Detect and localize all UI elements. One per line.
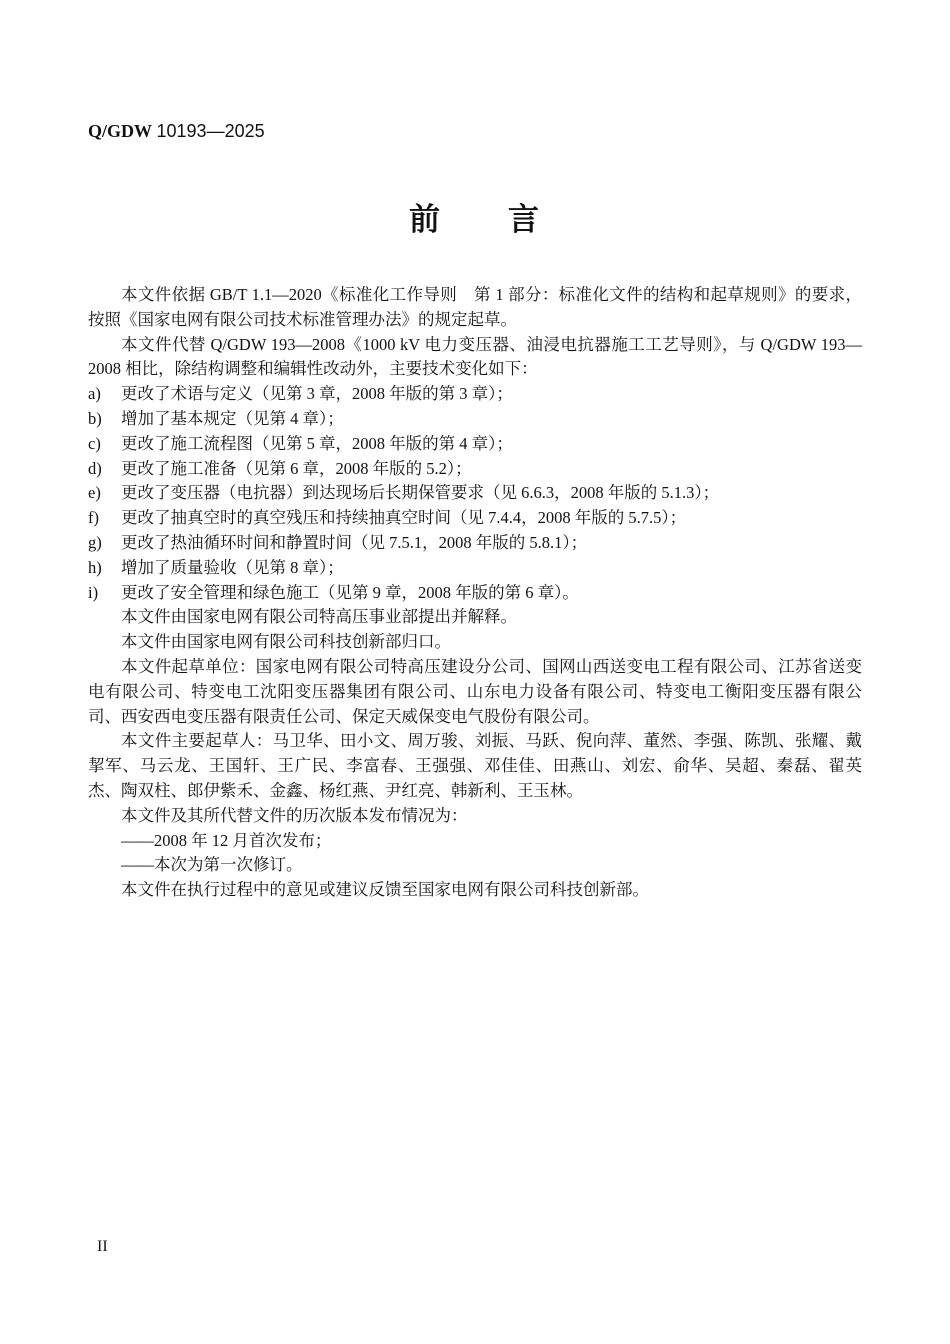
list-item-label: b) xyxy=(88,407,121,432)
list-item-label: i) xyxy=(88,581,121,606)
list-item-label: a) xyxy=(88,382,121,407)
list-item-label: e) xyxy=(88,481,121,506)
change-item: d)更改了施工准备（见第 6 章，2008 年版的 5.2）； xyxy=(88,457,862,482)
change-item: g)更改了热油循环时间和静置时间（见 7.5.1，2008 年版的 5.8.1）… xyxy=(88,531,862,556)
document-body: 本文件依据 GB/T 1.1—2020《标准化工作导则 第 1 部分：标准化文件… xyxy=(88,283,862,903)
paragraph-version-history-intro: 本文件及其所代替文件的历次版本发布情况为： xyxy=(88,804,862,829)
document-code-prefix: Q/GDW xyxy=(88,121,152,141)
paragraph-basis: 本文件依据 GB/T 1.1—2020《标准化工作导则 第 1 部分：标准化文件… xyxy=(88,283,862,333)
list-item-label: d) xyxy=(88,457,121,482)
paragraph-feedback: 本文件在执行过程中的意见或建议反馈至国家电网有限公司科技创新部。 xyxy=(88,878,862,903)
paragraph-centralized-by: 本文件由国家电网有限公司科技创新部归口。 xyxy=(88,630,862,655)
page-number: II xyxy=(97,1237,108,1257)
list-item-label: f) xyxy=(88,506,121,531)
document-code: Q/GDW 10193—2025 xyxy=(88,121,265,141)
list-item-text: 更改了安全管理和绿色施工（见第 9 章，2008 年版的第 6 章）。 xyxy=(121,583,579,602)
list-item-text: 更改了术语与定义（见第 3 章，2008 年版的第 3 章）； xyxy=(121,384,513,403)
list-item-text: 更改了抽真空时的真空残压和持续抽真空时间（见 7.4.4，2008 年版的 5.… xyxy=(121,508,686,527)
list-item-text: 更改了热油循环时间和静置时间（见 7.5.1，2008 年版的 5.8.1）； xyxy=(121,533,587,552)
version-history-item: ——本次为第一次修订。 xyxy=(88,853,862,878)
change-item: a)更改了术语与定义（见第 3 章，2008 年版的第 3 章）； xyxy=(88,382,862,407)
change-item: e)更改了变压器（电抗器）到达现场后长期保管要求（见 6.6.3，2008 年版… xyxy=(88,481,862,506)
change-item: i)更改了安全管理和绿色施工（见第 9 章，2008 年版的第 6 章）。 xyxy=(88,581,862,606)
document-code-number: 10193—2025 xyxy=(157,121,265,141)
list-item-text: 增加了质量验收（见第 8 章）； xyxy=(121,558,344,577)
change-item: b)增加了基本规定（见第 4 章）； xyxy=(88,407,862,432)
paragraph-proposed-by: 本文件由国家电网有限公司特高压事业部提出并解释。 xyxy=(88,605,862,630)
list-item-label: h) xyxy=(88,556,121,581)
paragraph-replaces: 本文件代替 Q/GDW 193—2008《1000 kV 电力变压器、油浸电抗器… xyxy=(88,333,862,383)
list-item-text: 更改了变压器（电抗器）到达现场后长期保管要求（见 6.6.3，2008 年版的 … xyxy=(121,483,719,502)
list-item-label: c) xyxy=(88,432,121,457)
list-item-text: 增加了基本规定（见第 4 章）； xyxy=(121,409,344,428)
list-item-text: 更改了施工流程图（见第 5 章，2008 年版的第 4 章）； xyxy=(121,434,513,453)
change-item: c)更改了施工流程图（见第 5 章，2008 年版的第 4 章）； xyxy=(88,432,862,457)
page-title: 前 言 xyxy=(0,202,950,238)
document-page: Q/GDW 10193—2025 前 言 本文件依据 GB/T 1.1—2020… xyxy=(0,0,950,1344)
change-item: f)更改了抽真空时的真空残压和持续抽真空时间（见 7.4.4，2008 年版的 … xyxy=(88,506,862,531)
version-history-item: ——2008 年 12 月首次发布； xyxy=(88,829,862,854)
list-item-label: g) xyxy=(88,531,121,556)
change-item: h)增加了质量验收（见第 8 章）； xyxy=(88,556,862,581)
list-item-text: 更改了施工准备（见第 6 章，2008 年版的 5.2）； xyxy=(121,459,472,478)
paragraph-drafting-organizations: 本文件起草单位：国家电网有限公司特高压建设分公司、国网山西送变电工程有限公司、江… xyxy=(88,655,862,729)
paragraph-drafters: 本文件主要起草人：马卫华、田小文、周万骏、刘振、马跃、倪向萍、董然、李强、陈凯、… xyxy=(88,729,862,803)
